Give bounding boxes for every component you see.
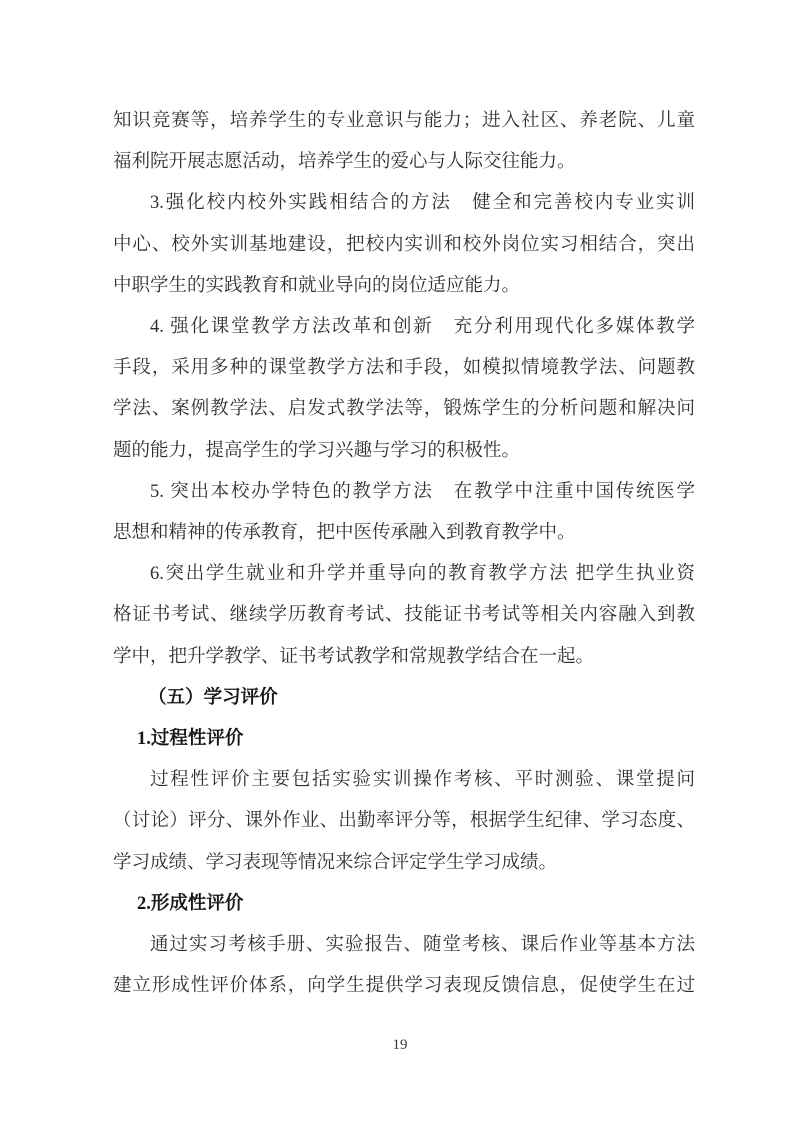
paragraph: 3.强化校内校外实践相结合的方法 健全和完善校内专业实训中心、校外实训基地建设，… (113, 183, 695, 307)
page-number: 19 (393, 1037, 408, 1053)
subsection-heading: 2.形成性评价 (113, 884, 695, 925)
text-line: 建立形成性评价体系，向学生提供学习表现反馈信息，促使学生在过 (113, 966, 695, 1007)
text-line: 3.强化校内校外实践相结合的方法 健全和完善校内专业实训 (113, 183, 695, 224)
text-line: 手段，采用多种的课堂教学方法和手段，如模拟情境教学法、问题教 (113, 348, 695, 389)
text-line: 中心、校外实训基地建设，把校内实训和校外岗位实习相结合，突出 (113, 225, 695, 266)
text-line: 过程性评价主要包括实验实训操作考核、平时测验、课堂提问 (113, 760, 695, 801)
text-line: 1.过程性评价 (113, 719, 695, 760)
paragraph: 过程性评价主要包括实验实训操作考核、平时测验、课堂提问（讨论）评分、课外作业、出… (113, 760, 695, 884)
subsection-heading: 1.过程性评价 (113, 719, 695, 760)
text-line: 思想和精神的传承教育，把中医传承融入到教育教学中。 (113, 513, 695, 554)
paragraph: 4. 强化课堂教学方法改革和创新 充分利用现代化多媒体教学手段，采用多种的课堂教… (113, 307, 695, 472)
text-line: 福利院开展志愿活动，培养学生的爱心与人际交往能力。 (113, 142, 695, 183)
text-line: 5. 突出本校办学特色的教学方法 在教学中注重中国传统医学 (113, 472, 695, 513)
text-line: （讨论）评分、课外作业、出勤率评分等，根据学生纪律、学习态度、 (113, 801, 695, 842)
text-block: 知识竞赛等，培养学生的专业意识与能力；进入社区、养老院、儿童福利院开展志愿活动，… (113, 101, 695, 1007)
text-line: 知识竞赛等，培养学生的专业意识与能力；进入社区、养老院、儿童 (113, 101, 695, 142)
text-line: 通过实习考核手册、实验报告、随堂考核、课后作业等基本方法 (113, 925, 695, 966)
text-line: 学习成绩、学习表现等情况来综合评定学生学习成绩。 (113, 843, 695, 884)
section-heading: （五）学习评价 (113, 678, 695, 719)
text-line: 学法、案例教学法、启发式教学法等，锻炼学生的分析问题和解决问 (113, 389, 695, 430)
paragraph: 5. 突出本校办学特色的教学方法 在教学中注重中国传统医学思想和精神的传承教育，… (113, 472, 695, 554)
text-line: 中职学生的实践教育和就业导向的岗位适应能力。 (113, 266, 695, 307)
text-line: 4. 强化课堂教学方法改革和创新 充分利用现代化多媒体教学 (113, 307, 695, 348)
page-footer: 19 (0, 1034, 800, 1056)
paragraph: 6.突出学生就业和升学并重导向的教育教学方法 把学生执业资格证书考试、继续学历教… (113, 554, 695, 678)
text-line: 学中，把升学教学、证书考试教学和常规教学结合在一起。 (113, 637, 695, 678)
paragraph: 知识竞赛等，培养学生的专业意识与能力；进入社区、养老院、儿童福利院开展志愿活动，… (113, 101, 695, 183)
document-page: 知识竞赛等，培养学生的专业意识与能力；进入社区、养老院、儿童福利院开展志愿活动，… (0, 0, 800, 1131)
text-line: 6.突出学生就业和升学并重导向的教育教学方法 把学生执业资 (113, 554, 695, 595)
text-line: 2.形成性评价 (113, 884, 695, 925)
text-line: （五）学习评价 (113, 678, 695, 719)
paragraph: 通过实习考核手册、实验报告、随堂考核、课后作业等基本方法建立形成性评价体系，向学… (113, 925, 695, 1007)
text-line: 题的能力，提高学生的学习兴趣与学习的积极性。 (113, 431, 695, 472)
text-line: 格证书考试、继续学历教育考试、技能证书考试等相关内容融入到教 (113, 595, 695, 636)
